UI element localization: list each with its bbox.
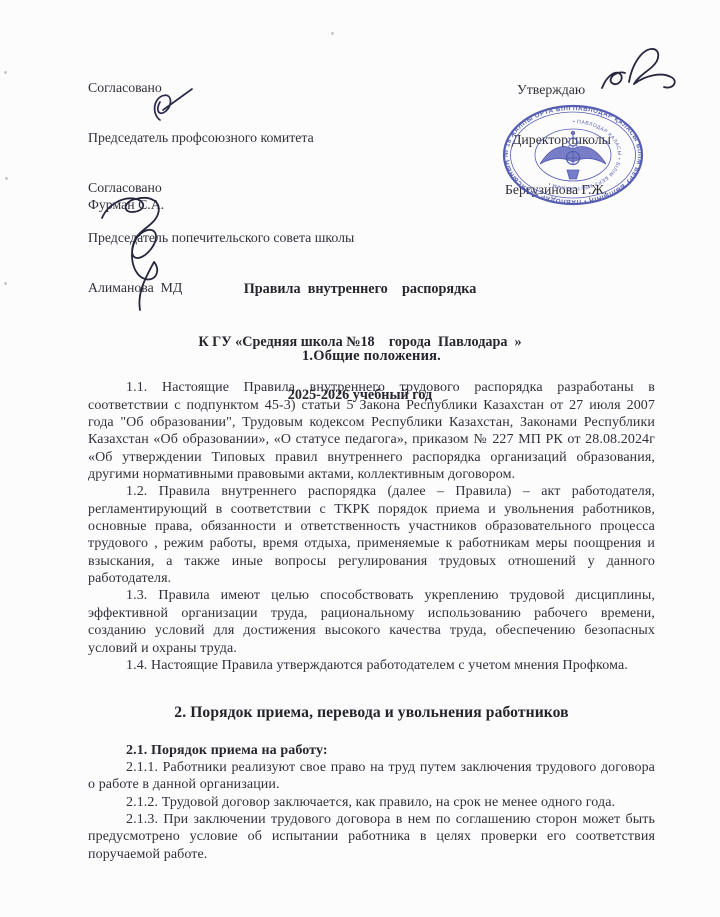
paragraph-1-3: 1.3. Правила имеют целью способствовать … [88, 587, 655, 656]
paragraph-2-1-2: 2.1.2. Трудовой договор заключается, как… [88, 794, 655, 811]
signature-furman-icon [146, 86, 198, 132]
document-body: 1.Общие положения. 1.1. Настоящие Правил… [88, 348, 655, 863]
section-2-heading: 2. Порядок приема, перевода и увольнения… [88, 704, 655, 721]
paragraph-1-2: 1.2. Правила внутреннего распорядка (дал… [88, 483, 655, 587]
scan-artifact-dot [5, 177, 8, 180]
paragraph-2-1-3: 2.1.3. При заключении трудового договора… [88, 811, 655, 863]
section-1-heading: 1.Общие положения. [88, 348, 655, 365]
scan-artifact-dot [4, 71, 7, 74]
approval-status: Согласовано [88, 80, 314, 97]
paragraph-1-4: 1.4. Настоящие Правила утверждаются рабо… [88, 657, 655, 674]
official-round-stamp-icon: ПАВЛОДАР ҚАЛАСЫ БІЛІМ БЕРУ БӨЛІМІНІҢ • П… [498, 100, 648, 210]
scan-artifact-dot [331, 32, 334, 35]
paragraph-2-1-1: 2.1.1. Работники реализуют свое право на… [88, 759, 655, 794]
stamp-emblem-icon [540, 131, 606, 179]
signature-director-icon [594, 42, 704, 100]
paragraph-2-1: 2.1. Порядок приема на работу: [88, 742, 655, 759]
approval-role: Председатель профсоюзного комитета [88, 130, 314, 147]
paragraph-1-1: 1.1. Настоящие Правила внутреннего трудо… [88, 379, 655, 483]
scan-artifact-dot [4, 282, 7, 285]
title-line-1: Правила внутреннего распорядка [0, 281, 720, 299]
document-page: Согласовано Председатель профсоюзного ко… [0, 0, 720, 917]
